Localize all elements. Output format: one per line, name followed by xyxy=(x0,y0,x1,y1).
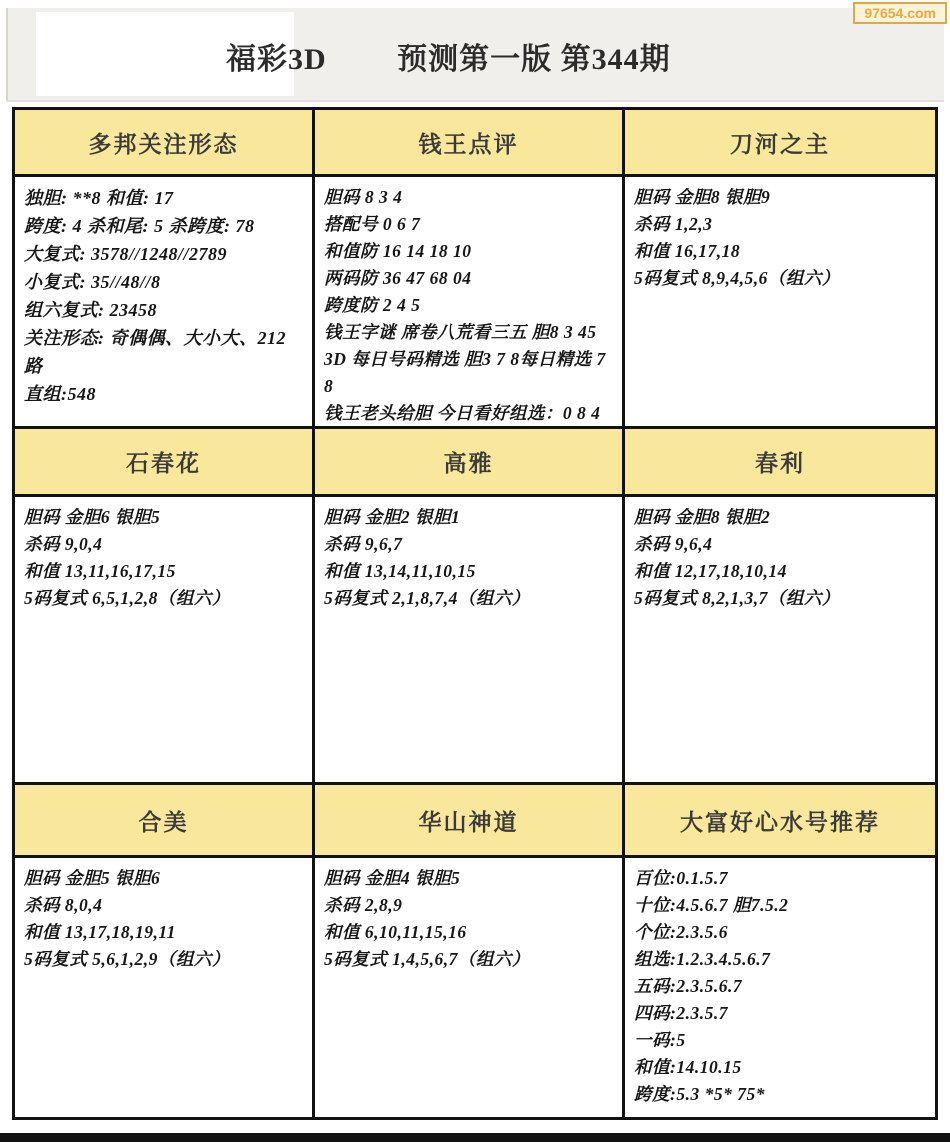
section-content-shichunhua: 胆码 金胆6 银胆5 杀码 9,0,4 和值 13,11,16,17,15 5码… xyxy=(15,497,315,785)
prediction-line: 5码复式 6,5,1,2,8（组六） xyxy=(24,585,303,612)
prediction-line: 胆码 金胆4 银胆5 xyxy=(324,865,613,892)
prediction-line: 和值 13,11,16,17,15 xyxy=(24,558,303,585)
prediction-line: 和值 13,14,11,10,15 xyxy=(324,558,613,585)
prediction-line: 两码防 36 47 68 04 xyxy=(324,265,613,292)
prediction-line: 和值 16,17,18 xyxy=(634,238,926,265)
section-header-qianwang-dianping: 钱王点评 xyxy=(315,110,625,177)
prediction-line: 胆码 金胆8 银胆9 xyxy=(634,184,926,211)
prediction-line: 5码复式 1,4,5,6,7（组六） xyxy=(324,946,613,973)
prediction-line: 独胆: **8 和值: 17 xyxy=(24,184,303,212)
section-content-hemei: 胆码 金胆5 银胆6 杀码 8,0,4 和值 13,17,18,19,11 5码… xyxy=(15,858,315,1117)
prediction-line: 大复式: 3578//1248//2789 xyxy=(24,240,303,268)
prediction-line: 钱王字谜 席卷八荒看三五 胆8 3 45 xyxy=(324,319,613,346)
prediction-line: 组选:1.2.3.4.5.6.7 xyxy=(634,946,926,973)
prediction-line: 5码复式 2,1,8,7,4（组六） xyxy=(324,585,613,612)
prediction-line: 搭配号 0 6 7 xyxy=(324,211,613,238)
section-header-chunli: 春利 xyxy=(625,429,935,497)
prediction-line: 3D 每日号码精选 胆3 7 8每日精选 7 8 xyxy=(324,346,613,400)
section-content-duobang: 独胆: **8 和值: 17 跨度: 4 杀和尾: 5 杀跨度: 78 大复式:… xyxy=(15,177,315,429)
page-title: 福彩3D 预测第一版 第344期 xyxy=(226,34,671,78)
prediction-line: 5码复式 8,2,1,3,7（组六） xyxy=(634,585,926,612)
section-content-dafu: 百位:0.1.5.7 十位:4.5.6.7 胆7.5.2 个位:2.3.5.6 … xyxy=(625,858,935,1117)
prediction-line: 组六复式: 23458 xyxy=(24,296,303,324)
prediction-line: 杀码 9,0,4 xyxy=(24,531,303,558)
prediction-line: 一码:5 xyxy=(634,1027,926,1054)
prediction-line: 5码复式 8,9,4,5,6（组六） xyxy=(634,265,926,292)
prediction-line: 五码:2.3.5.6.7 xyxy=(634,973,926,1000)
prediction-line: 杀码 9,6,7 xyxy=(324,531,613,558)
prediction-line: 跨度:5.3 *5* 75* xyxy=(634,1081,926,1108)
prediction-line: 钱王老头给胆 今日看好组选：0 8 4百位0 十位8 个位4 xyxy=(324,400,613,429)
section-header-hemei: 合美 xyxy=(15,785,315,858)
prediction-line: 胆码 金胆5 银胆6 xyxy=(24,865,303,892)
prediction-line: 胆码 金胆2 银胆1 xyxy=(324,504,613,531)
section-content-chunli: 胆码 金胆8 银胆2 杀码 9,6,4 和值 12,17,18,10,14 5码… xyxy=(625,497,935,785)
prediction-line: 和值 6,10,11,15,16 xyxy=(324,919,613,946)
section-content-gaoya: 胆码 金胆2 银胆1 杀码 9,6,7 和值 13,14,11,10,15 5码… xyxy=(315,497,625,785)
prediction-line: 十位:4.5.6.7 胆7.5.2 xyxy=(634,892,926,919)
prediction-line: 杀码 9,6,4 xyxy=(634,531,926,558)
prediction-line: 跨度: 4 杀和尾: 5 杀跨度: 78 xyxy=(24,212,303,240)
watermark-badge: 97654.com xyxy=(853,2,947,24)
prediction-line: 胆码 金胆6 银胆5 xyxy=(24,504,303,531)
prediction-line: 5码复式 5,6,1,2,9（组六） xyxy=(24,946,303,973)
bottom-black-bar xyxy=(0,1133,950,1142)
masthead-band: 福彩3D 预测第一版 第344期 xyxy=(6,8,944,100)
prediction-line: 胆码 8 3 4 xyxy=(324,184,613,211)
section-content-huashan: 胆码 金胆4 银胆5 杀码 2,8,9 和值 6,10,11,15,16 5码复… xyxy=(315,858,625,1117)
prediction-board: 多邦关注形态 钱王点评 刀河之主 独胆: **8 和值: 17 跨度: 4 杀和… xyxy=(12,107,938,1120)
section-header-dafu-haoxin: 大富好心水号推荐 xyxy=(625,785,935,858)
prediction-line: 跨度防 2 4 5 xyxy=(324,292,613,319)
prediction-line: 胆码 金胆8 银胆2 xyxy=(634,504,926,531)
prediction-line: 和值 12,17,18,10,14 xyxy=(634,558,926,585)
section-header-duobang-guanzhu-xingtai: 多邦关注形态 xyxy=(15,110,315,177)
prediction-line: 关注形态: 奇偶偶、大小大、212路 xyxy=(24,324,303,380)
prediction-line: 和值:14.10.15 xyxy=(634,1054,926,1081)
prediction-line: 小复式: 35//48//8 xyxy=(24,268,303,296)
section-header-huashan-shendao: 华山神道 xyxy=(315,785,625,858)
prediction-line: 和值防 16 14 18 10 xyxy=(324,238,613,265)
prediction-line: 杀码 8,0,4 xyxy=(24,892,303,919)
prediction-line: 杀码 1,2,3 xyxy=(634,211,926,238)
section-content-daohe: 胆码 金胆8 银胆9 杀码 1,2,3 和值 16,17,18 5码复式 8,9… xyxy=(625,177,935,429)
prediction-line: 杀码 2,8,9 xyxy=(324,892,613,919)
prediction-line: 个位:2.3.5.6 xyxy=(634,919,926,946)
prediction-line: 直组:548 xyxy=(24,380,303,408)
section-header-daohe-zhizhu: 刀河之主 xyxy=(625,110,935,177)
section-content-qianwang: 胆码 8 3 4 搭配号 0 6 7 和值防 16 14 18 10 两码防 3… xyxy=(315,177,625,429)
prediction-line: 和值 13,17,18,19,11 xyxy=(24,919,303,946)
prediction-line: 四码:2.3.5.7 xyxy=(634,1000,926,1027)
prediction-line: 百位:0.1.5.7 xyxy=(634,865,926,892)
section-header-gaoya: 高雅 xyxy=(315,429,625,497)
section-header-shichunhua: 石春花 xyxy=(15,429,315,497)
